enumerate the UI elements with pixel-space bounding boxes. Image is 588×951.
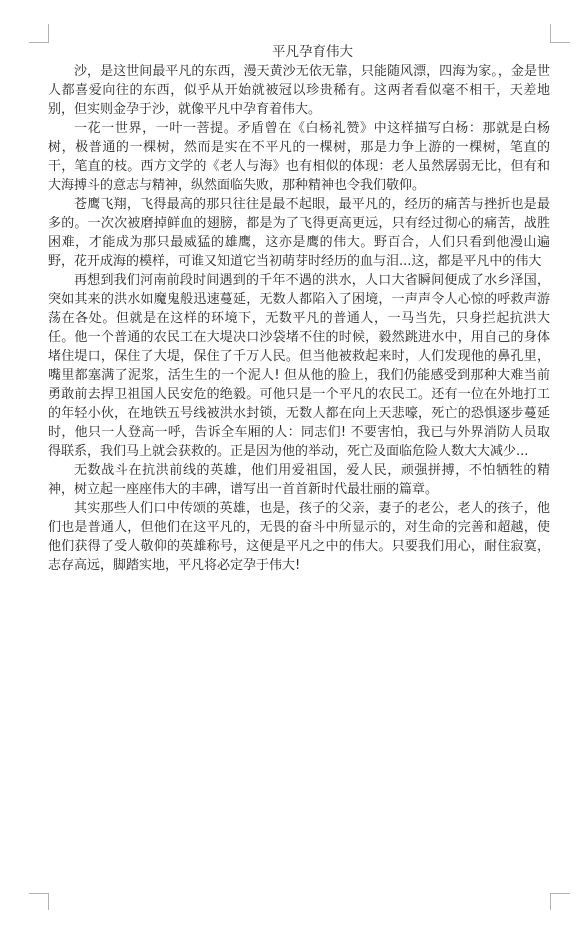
essay-paragraph: 再想到我们河南前段时间遇到的千年不遇的洪水，人口大省瞬间便成了水乡泽国，突如其来… [48, 271, 550, 461]
essay-paragraph: 一花一世界，一叶一菩提。矛盾曾在《白杨礼赞》中这样描写白杨：那就是白杨树，极普通… [48, 119, 550, 195]
margin-mark-top-right [550, 24, 570, 43]
margin-mark-top-left [29, 24, 49, 43]
margin-mark-bottom-left [29, 893, 49, 910]
document-content: 平凡孕育伟大 沙，是这世间最平凡的东西，漫天黄沙无依无靠，只能随风漂，四海为家。… [48, 43, 550, 575]
essay-paragraph: 沙，是这世间最平凡的东西，漫天黄沙无依无靠，只能随风漂，四海为家。，金是世人都喜… [48, 62, 550, 119]
document-title: 平凡孕育伟大 [48, 43, 550, 62]
margin-mark-bottom-right [550, 893, 570, 910]
essay-paragraph: 无数战斗在抗洪前线的英雄，他们用爱祖国，爱人民，顽强拼搏，不怕牺牲的精神，树立起… [48, 461, 550, 499]
essay-paragraph: 其实那些人们口中传颂的英雄，也是，孩子的父亲，妻子的老公，老人的孩子，他们也是普… [48, 499, 550, 575]
document-page: 平凡孕育伟大 沙，是这世间最平凡的东西，漫天黄沙无依无靠，只能随风漂，四海为家。… [0, 0, 588, 951]
essay-paragraph: 苍鹰飞翔，飞得最高的那只往往是最不起眼，最平凡的，经历的痛苦与挫折也是最多的。一… [48, 195, 550, 271]
